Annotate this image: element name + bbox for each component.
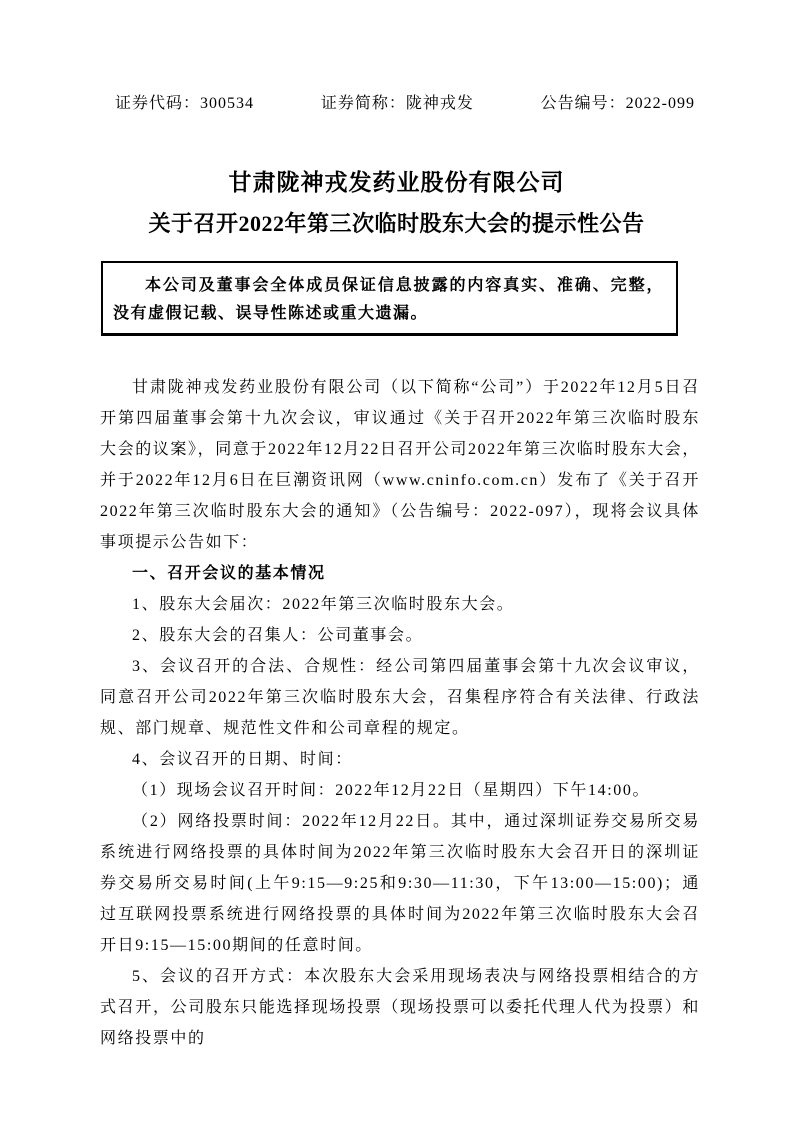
announcement-number: 公告编号：2022-099	[541, 93, 695, 115]
announcement-title: 关于召开2022年第三次临时股东大会的提示性公告	[0, 207, 793, 238]
document-body: 甘肃陇神戎发药业股份有限公司（以下简称“公司”）于2022年12月5日召开第四届…	[100, 372, 700, 1054]
item-onsite-meeting-time: （1）现场会议召开时间：2022年12月22日（星期四）下午14:00。	[100, 775, 700, 806]
document-header: 证券代码：300534 证券简称：陇神戎发 公告编号：2022-099	[115, 93, 695, 115]
intro-paragraph: 甘肃陇神戎发药业股份有限公司（以下简称“公司”）于2022年12月5日召开第四届…	[100, 372, 700, 558]
section-heading-basic-info: 一、召开会议的基本情况	[100, 558, 700, 589]
stock-code: 证券代码：300534	[115, 93, 254, 115]
item-legality: 3、会议召开的合法、合规性：经公司第四届董事会第十九次会议审议，同意召开公司20…	[100, 651, 700, 744]
item-convener: 2、股东大会的召集人：公司董事会。	[100, 620, 700, 651]
disclaimer-text: 本公司及董事会全体成员保证信息披露的内容真实、准确、完整，没有虚假记载、误导性陈…	[113, 272, 664, 328]
announcement-page: 证券代码：300534 证券简称：陇神戎发 公告编号：2022-099 甘肃陇神…	[0, 0, 793, 1122]
company-name-title: 甘肃陇神戎发药业股份有限公司	[0, 164, 793, 197]
item-meeting-method: 5、会议的召开方式：本次股东大会采用现场表决与网络投票相结合的方式召开，公司股东…	[100, 961, 700, 1054]
disclaimer-box: 本公司及董事会全体成员保证信息披露的内容真实、准确、完整，没有虚假记载、误导性陈…	[101, 261, 678, 336]
item-date-time: 4、会议召开的日期、时间：	[100, 744, 700, 775]
item-meeting-session: 1、股东大会届次：2022年第三次临时股东大会。	[100, 589, 700, 620]
stock-short-name: 证券简称：陇神戎发	[321, 93, 474, 115]
item-online-voting-time: （2）网络投票时间：2022年12月22日。其中，通过深圳证券交易所交易系统进行…	[100, 806, 700, 961]
